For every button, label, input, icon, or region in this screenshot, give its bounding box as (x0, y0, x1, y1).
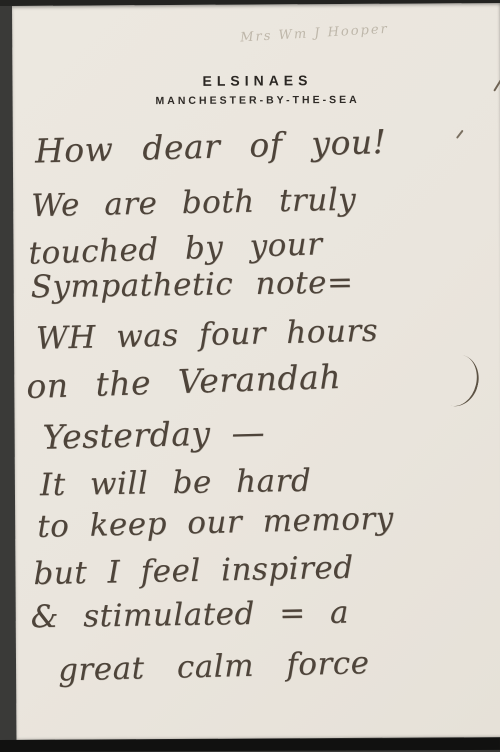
ink-mark (456, 130, 464, 139)
ink-flourish-mark (437, 352, 484, 411)
handwritten-line: We are both truly (31, 182, 357, 225)
handwritten-line: on the Verandah (26, 357, 342, 406)
letter-photograph: Mrs Wm J Hooper ELSINAES MANCHESTER-BY-T… (0, 0, 500, 752)
handwritten-line: WH was four hours (36, 313, 379, 357)
pencil-owner-annotation: Mrs Wm J Hooper (240, 22, 389, 46)
handwritten-line: Yesterday — (42, 413, 265, 457)
letterhead-name: ELSINAES (12, 71, 500, 90)
handwritten-line: but I feel inspired (33, 550, 354, 592)
letter-paper: Mrs Wm J Hooper ELSINAES MANCHESTER-BY-T… (12, 3, 500, 740)
handwritten-line: to keep our memory (37, 501, 394, 545)
photo-mat-bottom (0, 738, 500, 752)
handwritten-line: great calm force (58, 645, 370, 688)
handwritten-line: It will be hard (40, 463, 312, 503)
handwritten-line: & stimulated = a (30, 595, 349, 636)
handwritten-line: Sympathetic note= (30, 265, 353, 306)
letterhead-location: MANCHESTER-BY-THE-SEA (13, 93, 500, 108)
handwritten-line: How dear of you! (34, 122, 387, 170)
